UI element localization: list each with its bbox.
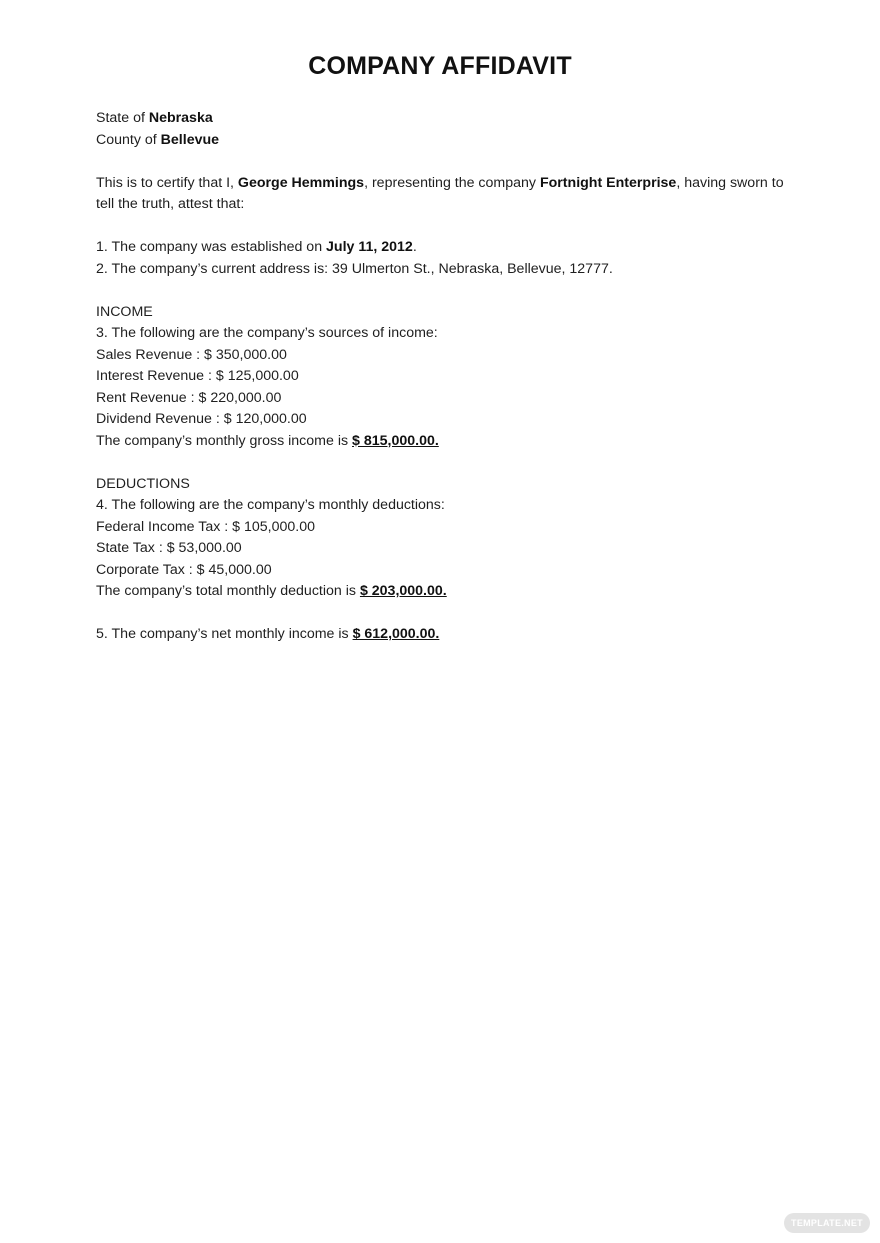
company-name: Fortnight Enterprise: [540, 175, 676, 191]
affiant-name: George Hemmings: [238, 175, 364, 191]
item-text: .: [413, 239, 417, 255]
county-value: Bellevue: [161, 132, 219, 148]
income-total-label: The company’s monthly gross income is: [96, 433, 352, 449]
state-label: State of: [96, 110, 149, 126]
county-label: County of: [96, 132, 161, 148]
deductions-total-value: $ 203,000.00.: [360, 583, 447, 599]
net-income-value: $ 612,000.00.: [353, 626, 440, 642]
deductions-total-label: The company’s total monthly deduction is: [96, 583, 360, 599]
income-intro: 3. The following are the company’s sourc…: [96, 323, 796, 345]
income-item: Interest Revenue : $ 125,000.00: [96, 366, 796, 388]
deduction-item: Federal Income Tax : $ 105,000.00: [96, 517, 796, 539]
income-item: Sales Revenue : $ 350,000.00: [96, 345, 796, 367]
established-date: July 11, 2012: [326, 239, 413, 255]
net-income: 5. The company’s net monthly income is $…: [96, 624, 796, 646]
intro-paragraph: This is to certify that I, George Hemmin…: [96, 173, 796, 216]
county-line: County of Bellevue: [96, 130, 796, 152]
document-title: COMPANY AFFIDAVIT: [0, 52, 880, 81]
intro-text: , representing the company: [364, 175, 540, 191]
state-line: State of Nebraska: [96, 108, 796, 130]
document-body: State of Nebraska County of Bellevue Thi…: [96, 108, 796, 646]
state-value: Nebraska: [149, 110, 213, 126]
income-item: Dividend Revenue : $ 120,000.00: [96, 409, 796, 431]
income-heading: INCOME: [96, 302, 796, 324]
item-address: 2. The company’s current address is: 39 …: [96, 259, 796, 281]
item-established: 1. The company was established on July 1…: [96, 237, 796, 259]
deduction-item: Corporate Tax : $ 45,000.00: [96, 560, 796, 582]
deductions-intro: 4. The following are the company’s month…: [96, 495, 796, 517]
income-item: Rent Revenue : $ 220,000.00: [96, 388, 796, 410]
deductions-total: The company’s total monthly deduction is…: [96, 581, 796, 603]
deduction-item: State Tax : $ 53,000.00: [96, 538, 796, 560]
net-income-label: 5. The company’s net monthly income is: [96, 626, 353, 642]
deductions-heading: DEDUCTIONS: [96, 474, 796, 496]
item-text: 1. The company was established on: [96, 239, 326, 255]
watermark-badge: TEMPLATE.NET: [784, 1213, 870, 1233]
income-total: The company’s monthly gross income is $ …: [96, 431, 796, 453]
intro-text: This is to certify that I,: [96, 175, 238, 191]
income-total-value: $ 815,000.00.: [352, 433, 439, 449]
